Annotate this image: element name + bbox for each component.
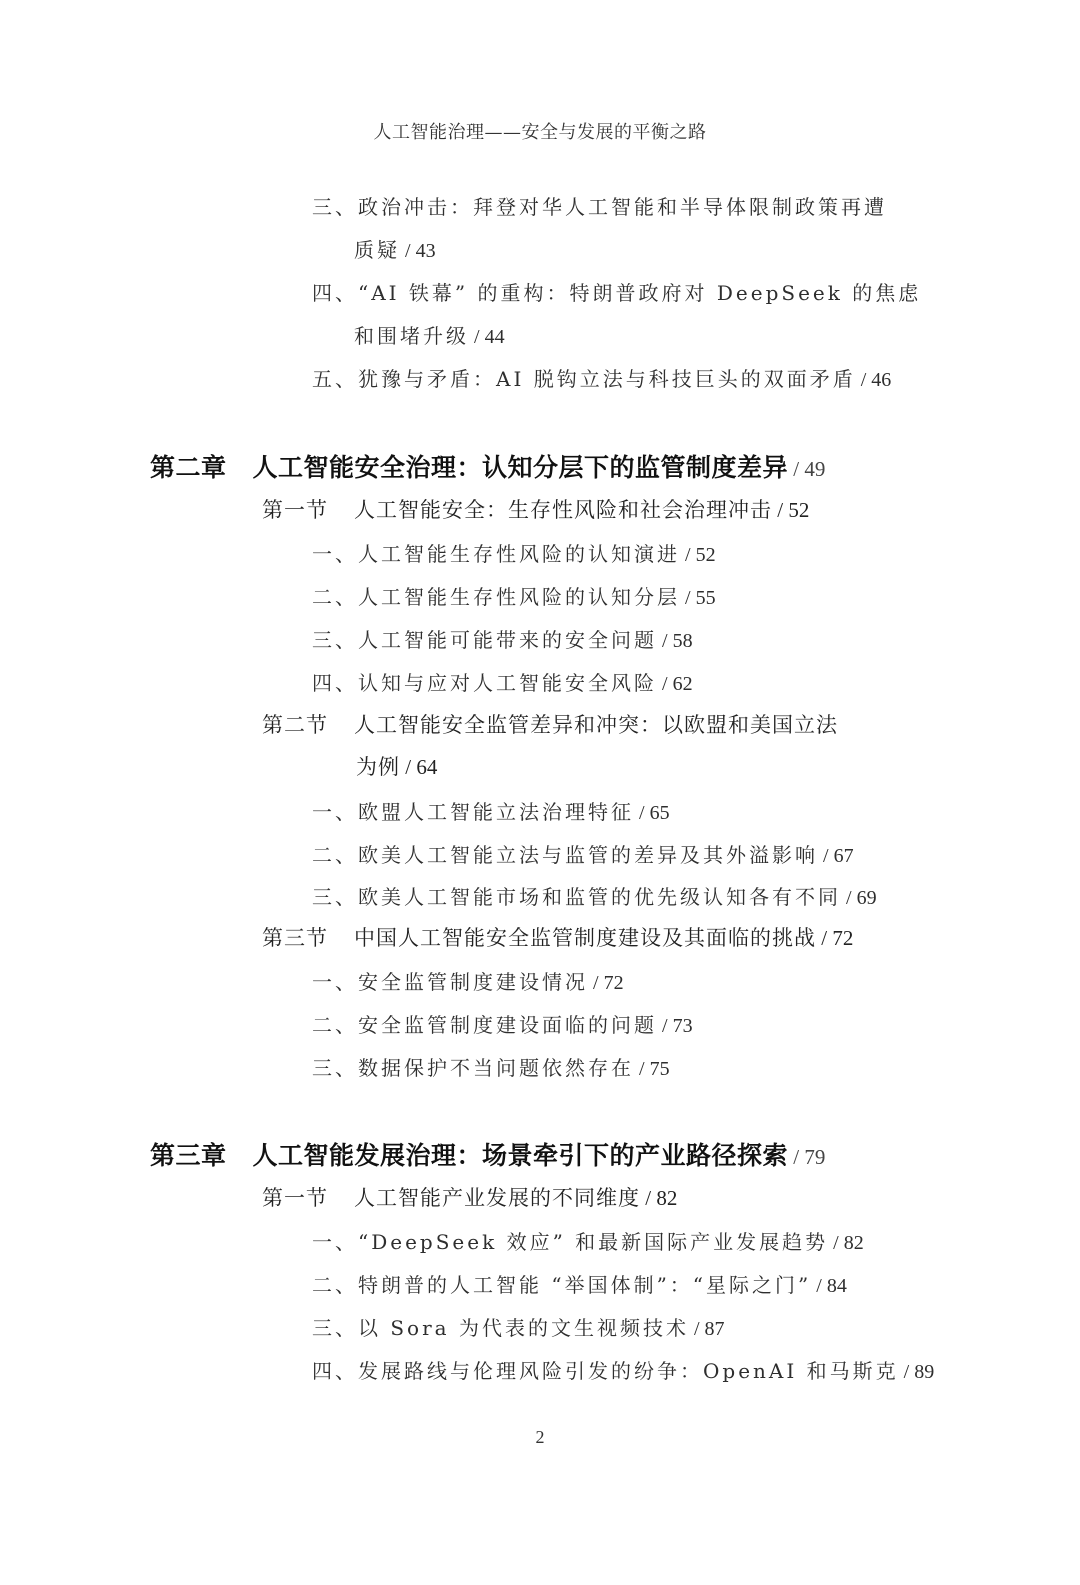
running-head: 人工智能治理——安全与发展的平衡之路 <box>0 118 1080 144</box>
toc-section[interactable]: 第三节中国人工智能安全监管制度建设及其面临的挑战 / 72 <box>262 922 853 952</box>
toc-item[interactable]: 一、欧盟人工智能立法治理特征 / 65 <box>312 796 670 825</box>
toc-item[interactable]: 三、人工智能可能带来的安全问题 / 58 <box>312 624 693 653</box>
page-ref: 82 <box>844 1232 864 1254</box>
page-ref: 69 <box>857 887 877 909</box>
page-ref: 49 <box>804 457 825 481</box>
toc-section[interactable]: 第一节人工智能安全：生存性风险和社会治理冲击 / 52 <box>262 494 809 524</box>
toc-item[interactable]: 四、发展路线与伦理风险引发的纷争：OpenAI 和马斯克 / 89 <box>312 1355 934 1384</box>
toc-item[interactable]: 一、“DeepSeek 效应” 和最新国际产业发展趋势 / 82 <box>312 1226 864 1255</box>
page-ref: 52 <box>788 498 809 522</box>
page-ref: 75 <box>650 1058 670 1080</box>
page-ref: 65 <box>650 802 670 824</box>
toc-item[interactable]: 三、欧美人工智能市场和监管的优先级认知各有不同 / 69 <box>312 881 877 910</box>
toc-chapter[interactable]: 第二章人工智能安全治理：认知分层下的监管制度差异 / 49 <box>150 448 825 484</box>
toc-section[interactable]: 第二节人工智能安全监管差异和冲突：以欧盟和美国立法 <box>262 709 838 739</box>
page-ref: 72 <box>604 972 624 994</box>
toc-item[interactable]: 一、人工智能生存性风险的认知演进 / 52 <box>312 538 716 567</box>
toc-chapter[interactable]: 第三章人工智能发展治理：场景牵引下的产业路径探索 / 79 <box>150 1136 825 1172</box>
toc-section-continuation[interactable]: 为例 / 64 <box>356 751 437 781</box>
page-ref: 64 <box>416 755 437 779</box>
page-number: 2 <box>0 1427 1080 1448</box>
page-ref: 82 <box>656 1186 677 1210</box>
toc-item[interactable]: 三、政治冲击：拜登对华人工智能和半导体限制政策再遭 <box>312 191 887 220</box>
page-ref: 43 <box>416 240 436 262</box>
toc-item[interactable]: 二、欧美人工智能立法与监管的差异及其外溢影响 / 67 <box>312 839 854 868</box>
page-ref: 72 <box>832 926 853 950</box>
page-ref: 87 <box>705 1318 725 1340</box>
page-ref: 84 <box>827 1275 847 1297</box>
toc-item[interactable]: 二、人工智能生存性风险的认知分层 / 55 <box>312 581 716 610</box>
toc-item-continuation[interactable]: 和围堵升级 / 44 <box>354 320 505 349</box>
toc-item[interactable]: 二、特朗普的人工智能 “举国体制”：“星际之门” / 84 <box>312 1269 847 1298</box>
page-ref: 58 <box>673 630 693 652</box>
toc-item-continuation[interactable]: 质疑 / 43 <box>354 234 436 263</box>
toc-item[interactable]: 三、数据保护不当问题依然存在 / 75 <box>312 1052 670 1081</box>
toc-item[interactable]: 一、安全监管制度建设情况 / 72 <box>312 966 624 995</box>
page-ref: 55 <box>696 587 716 609</box>
toc-section[interactable]: 第一节人工智能产业发展的不同维度 / 82 <box>262 1182 677 1212</box>
page-ref: 62 <box>673 673 693 695</box>
page-ref: 89 <box>914 1361 934 1383</box>
toc-item[interactable]: 二、安全监管制度建设面临的问题 / 73 <box>312 1009 693 1038</box>
toc-item[interactable]: 四、认知与应对人工智能安全风险 / 62 <box>312 667 693 696</box>
page-ref: 73 <box>673 1015 693 1037</box>
toc-item[interactable]: 三、以 Sora 为代表的文生视频技术 / 87 <box>312 1312 725 1341</box>
toc-item[interactable]: 五、犹豫与矛盾：AI 脱钩立法与科技巨头的双面矛盾 / 46 <box>312 363 891 392</box>
page-ref: 79 <box>804 1145 825 1169</box>
toc-item[interactable]: 四、“AI 铁幕” 的重构：特朗普政府对 DeepSeek 的焦虑 <box>312 277 921 306</box>
page-ref: 44 <box>485 326 505 348</box>
page-ref: 52 <box>696 544 716 566</box>
page-ref: 46 <box>871 369 891 391</box>
page-ref: 67 <box>834 845 854 867</box>
